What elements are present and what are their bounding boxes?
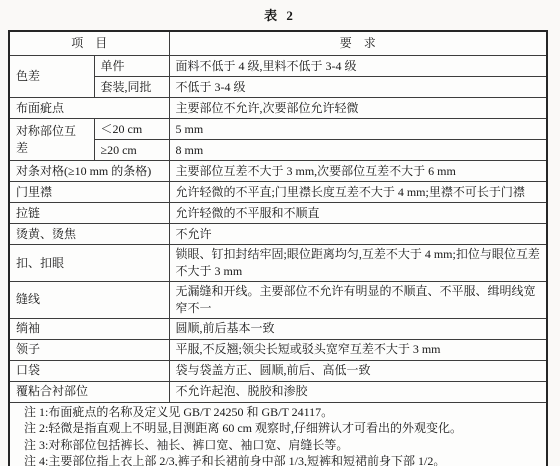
spec-table: 项 目 要 求 色差 单件 面料不低于 4 级,里料不低于 3-4 级 套装,同… <box>8 30 548 466</box>
notes-cell: 注 1:布面疵点的名称及定义见 GB/T 24250 和 GB/T 24117。… <box>9 402 547 466</box>
cell-item: 覆粘合衬部位 <box>9 381 169 402</box>
table-row: 领子 平服,不反翘;领尖长短或驳头宽窄互差不大于 3 mm <box>9 339 547 360</box>
cell-sub: ＜20 cm <box>94 119 169 140</box>
cell-req: 允许轻微的不平直;门里襟长度互差不大于 4 mm;里襟不可长于门襟 <box>169 182 547 203</box>
cell-item: 扣、扣眼 <box>9 245 169 282</box>
cell-item: 口袋 <box>9 360 169 381</box>
cell-req: 无漏缝和开线。主要部位不允许有明显的不顺直、不平服、缉明线宽窄不一 <box>169 282 547 319</box>
cell-item: 对条对格(≥10 mm 的条格) <box>9 161 169 182</box>
cell-item: 门里襟 <box>9 182 169 203</box>
note-4: 注 4:主要部位指上衣上部 2/3,裤子和长裙前身中部 1/3,短裤和短裙前身下… <box>16 453 540 466</box>
notes-row: 注 1:布面疵点的名称及定义见 GB/T 24250 和 GB/T 24117。… <box>9 402 547 466</box>
table-row: 口袋 袋与袋盖方正、圆顺,前后、高低一致 <box>9 360 547 381</box>
cell-item: 布面疵点 <box>9 98 169 119</box>
cell-req: 允许轻微的不平服和不顺直 <box>169 203 547 224</box>
cell-req: 主要部位互差不大于 3 mm,次要部位互差不大于 6 mm <box>169 161 547 182</box>
cell-req: 不允许 <box>169 224 547 245</box>
cell-req: 袋与袋盖方正、圆顺,前后、高低一致 <box>169 360 547 381</box>
table-caption: 表 2 <box>0 0 560 24</box>
cell-req: 5 mm <box>169 119 547 140</box>
table-row: 对条对格(≥10 mm 的条格) 主要部位互差不大于 3 mm,次要部位互差不大… <box>9 161 547 182</box>
table-row: 烫黄、烫焦 不允许 <box>9 224 547 245</box>
header-item: 项 目 <box>9 31 169 56</box>
cell-sub: 单件 <box>94 56 169 77</box>
cell-item: 领子 <box>9 339 169 360</box>
note-3: 注 3:对称部位包括裤长、袖长、裤口宽、袖口宽、肩缝长等。 <box>16 437 540 454</box>
table-header-row: 项 目 要 求 <box>9 31 547 56</box>
note-2: 注 2:轻微是指直观上不明显,目测距离 60 cm 观察时,仔细辨认才可看出的外… <box>16 420 540 437</box>
table-row: 色差 单件 面料不低于 4 级,里料不低于 3-4 级 <box>9 56 547 77</box>
cell-item: 色差 <box>9 56 94 98</box>
table-row: 扣、扣眼 锁眼、钉扣封结牢固;眼位距离均匀,互差不大于 4 mm;扣位与眼位互差… <box>9 245 547 282</box>
cell-item: 绱袖 <box>9 318 169 339</box>
note-1: 注 1:布面疵点的名称及定义见 GB/T 24250 和 GB/T 24117。 <box>16 404 540 421</box>
table-row: 布面疵点 主要部位不允许,次要部位允许轻微 <box>9 98 547 119</box>
cell-sub: ≥20 cm <box>94 140 169 161</box>
cell-req: 不低于 3-4 级 <box>169 77 547 98</box>
cell-item: 缝线 <box>9 282 169 319</box>
cell-req: 主要部位不允许,次要部位允许轻微 <box>169 98 547 119</box>
table-row: 门里襟 允许轻微的不平直;门里襟长度互差不大于 4 mm;里襟不可长于门襟 <box>9 182 547 203</box>
table-row: 绱袖 圆顺,前后基本一致 <box>9 318 547 339</box>
cell-req: 8 mm <box>169 140 547 161</box>
cell-item: 对称部位互差 <box>9 119 94 161</box>
cell-item: 拉链 <box>9 203 169 224</box>
cell-req: 平服,不反翘;领尖长短或驳头宽窄互差不大于 3 mm <box>169 339 547 360</box>
table-row: 对称部位互差 ＜20 cm 5 mm <box>9 119 547 140</box>
cell-item: 烫黄、烫焦 <box>9 224 169 245</box>
cell-req: 面料不低于 4 级,里料不低于 3-4 级 <box>169 56 547 77</box>
cell-req: 锁眼、钉扣封结牢固;眼位距离均匀,互差不大于 4 mm;扣位与眼位互差不大于 3… <box>169 245 547 282</box>
cell-req: 不允许起泡、脱胶和渗胶 <box>169 381 547 402</box>
table-row: 缝线 无漏缝和开线。主要部位不允许有明显的不顺直、不平服、缉明线宽窄不一 <box>9 282 547 319</box>
table-row: 覆粘合衬部位 不允许起泡、脱胶和渗胶 <box>9 381 547 402</box>
cell-req: 圆顺,前后基本一致 <box>169 318 547 339</box>
table-row: 拉链 允许轻微的不平服和不顺直 <box>9 203 547 224</box>
header-requirement: 要 求 <box>169 31 547 56</box>
cell-sub: 套装,同批 <box>94 77 169 98</box>
